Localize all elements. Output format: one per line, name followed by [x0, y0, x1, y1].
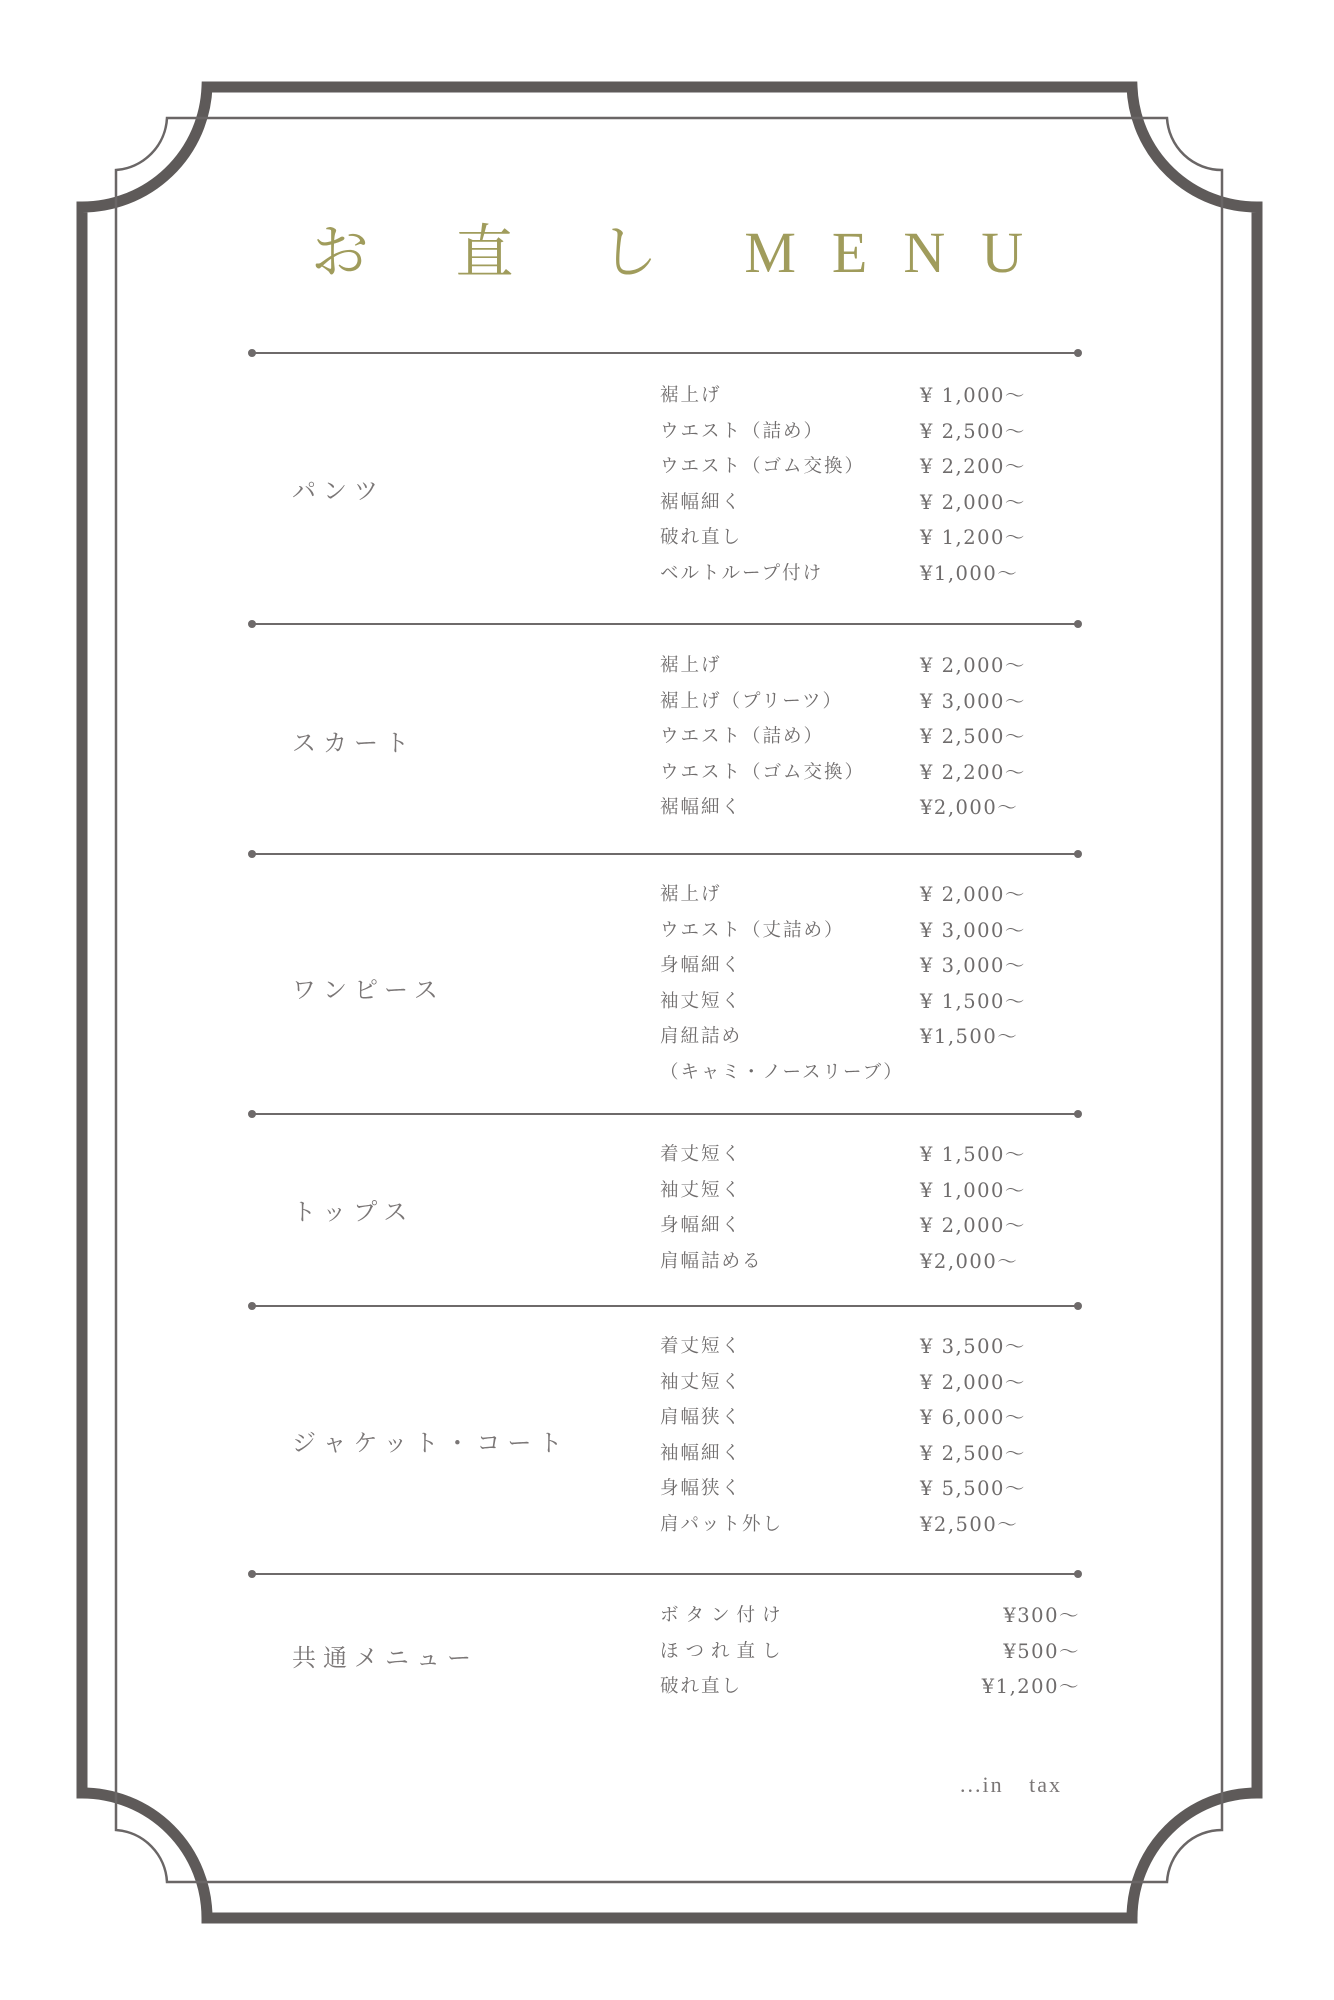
list-item: 肩幅詰める¥2,000～	[660, 1244, 1080, 1280]
item-name: 裾上げ	[660, 378, 722, 414]
item-price: ¥1,000～	[920, 556, 1080, 592]
list-item: 着丈短く¥ 3,500～	[660, 1329, 1080, 1365]
item-price: ¥ 2,500～	[920, 719, 1080, 755]
item-price: ¥ 2,200～	[920, 449, 1080, 485]
item-price: ¥ 1,500～	[920, 984, 1080, 1020]
item-price: ¥ 5,500～	[920, 1471, 1080, 1507]
list-item: ほつれ直し¥500～	[660, 1634, 1080, 1670]
list-item: ウエスト（詰め）¥ 2,500～	[660, 719, 1080, 755]
list-item: 肩幅狭く¥ 6,000～	[660, 1400, 1080, 1436]
item-price: ¥ 3,000～	[920, 948, 1080, 984]
page-title: お 直 し MENU	[0, 210, 1334, 296]
list-item: 裾上げ¥ 2,000～	[660, 648, 1080, 684]
list-item: ボタン付け¥300～	[660, 1598, 1080, 1634]
item-name: 破れ直し	[660, 520, 742, 556]
item-price: ¥ 2,000～	[920, 1365, 1080, 1401]
item-name: ウエスト（丈詰め）	[660, 913, 845, 949]
item-price: ¥ 2,000～	[920, 485, 1080, 521]
list-item: 裾上げ（プリーツ）¥ 3,000～	[660, 684, 1080, 720]
item-list: 着丈短く¥ 1,500～ 袖丈短く¥ 1,000～ 身幅細く¥ 2,000～ 肩…	[660, 1137, 1080, 1279]
item-name: 袖丈短く	[660, 1365, 742, 1401]
item-price: ¥2,000～	[920, 790, 1080, 826]
item-name: ウエスト（ゴム交換）	[660, 449, 865, 485]
item-name: 裾幅細く	[660, 485, 742, 521]
list-item: 裾上げ¥ 2,000～	[660, 877, 1080, 913]
item-price: ¥ 6,000～	[920, 1400, 1080, 1436]
item-price: ¥ 1,000～	[920, 378, 1080, 414]
item-name: 破れ直し	[660, 1669, 742, 1705]
item-name: ウエスト（詰め）	[660, 414, 824, 450]
list-item: 袖丈短く¥ 1,000～	[660, 1173, 1080, 1209]
list-item: 破れ直し¥ 1,200～	[660, 520, 1080, 556]
item-price: ¥ 1,200～	[920, 520, 1080, 556]
item-price: ¥ 3,000～	[920, 684, 1080, 720]
item-price: ¥ 1,000～	[920, 1173, 1080, 1209]
item-name: 裾幅細く	[660, 790, 742, 826]
list-item: 着丈短く¥ 1,500～	[660, 1137, 1080, 1173]
item-list: ボタン付け¥300～ ほつれ直し¥500～ 破れ直し¥1,200～	[660, 1598, 1080, 1705]
list-item: 身幅細く¥ 3,000～	[660, 948, 1080, 984]
category-label: ジャケット・コート	[292, 1423, 569, 1458]
list-item: 肩パット外し¥2,500～	[660, 1507, 1080, 1543]
item-name: 裾上げ（プリーツ）	[660, 684, 843, 720]
tax-note: ...in tax	[960, 1772, 1062, 1798]
item-price: ¥ 2,000～	[920, 877, 1080, 913]
category-label: トップス	[292, 1192, 414, 1227]
item-list: 着丈短く¥ 3,500～ 袖丈短く¥ 2,000～ 肩幅狭く¥ 6,000～ 袖…	[660, 1329, 1080, 1543]
item-price: ¥ 2,000～	[920, 648, 1080, 684]
list-item: ウエスト（詰め）¥ 2,500～	[660, 414, 1080, 450]
item-name: 袖幅細く	[660, 1436, 742, 1472]
item-list: 裾上げ¥ 1,000～ ウエスト（詰め）¥ 2,500～ ウエスト（ゴム交換）¥…	[660, 378, 1080, 592]
item-price: ¥ 2,500～	[920, 1436, 1080, 1472]
item-name: 袖丈短く	[660, 984, 742, 1020]
divider	[252, 1113, 1078, 1115]
item-price: ¥2,000～	[920, 1244, 1080, 1280]
item-name: （キャミ・ノースリーブ）	[660, 1055, 904, 1091]
list-item: 袖丈短く¥ 2,000～	[660, 1365, 1080, 1401]
category-label: スカート	[292, 723, 416, 758]
list-item: ウエスト（ゴム交換）¥ 2,200～	[660, 755, 1080, 791]
divider	[252, 1573, 1078, 1575]
item-name: 肩幅詰める	[660, 1244, 763, 1280]
item-price: ¥ 1,500～	[920, 1137, 1080, 1173]
list-item: ベルトループ付け¥1,000～	[660, 556, 1080, 592]
list-item-note: （キャミ・ノースリーブ）	[660, 1055, 1080, 1091]
item-name: 裾上げ	[660, 877, 722, 913]
list-item: 袖丈短く¥ 1,500～	[660, 984, 1080, 1020]
list-item: 袖幅細く¥ 2,500～	[660, 1436, 1080, 1472]
item-name: 身幅狭く	[660, 1471, 742, 1507]
item-price: ¥500～	[920, 1634, 1080, 1670]
item-price: ¥ 2,000～	[920, 1208, 1080, 1244]
item-name: 裾上げ	[660, 648, 722, 684]
item-price: ¥ 2,500～	[920, 414, 1080, 450]
item-name: ボタン付け	[660, 1598, 788, 1634]
item-price: ¥2,500～	[920, 1507, 1080, 1543]
item-name: 袖丈短く	[660, 1173, 742, 1209]
item-name: 身幅細く	[660, 948, 742, 984]
item-name: ウエスト（詰め）	[660, 719, 824, 755]
item-list: 裾上げ¥ 2,000～ ウエスト（丈詰め）¥ 3,000～ 身幅細く¥ 3,00…	[660, 877, 1080, 1091]
list-item: 裾幅細く¥2,000～	[660, 790, 1080, 826]
item-price: ¥1,500～	[920, 1019, 1080, 1055]
item-price: ¥ 3,000～	[920, 913, 1080, 949]
list-item: 裾幅細く¥ 2,000～	[660, 485, 1080, 521]
divider	[252, 352, 1078, 354]
item-name: 肩幅狭く	[660, 1400, 742, 1436]
item-name: ウエスト（ゴム交換）	[660, 755, 865, 791]
category-label: パンツ	[292, 471, 385, 506]
category-label: ワンピース	[292, 970, 445, 1005]
item-name: 着丈短く	[660, 1137, 742, 1173]
item-price: ¥1,200～	[920, 1669, 1080, 1705]
divider	[252, 623, 1078, 625]
divider	[252, 853, 1078, 855]
item-name: 着丈短く	[660, 1329, 742, 1365]
list-item: 肩紐詰め¥1,500～	[660, 1019, 1080, 1055]
item-name: 肩紐詰め	[660, 1019, 742, 1055]
list-item: 破れ直し¥1,200～	[660, 1669, 1080, 1705]
item-price: ¥ 2,200～	[920, 755, 1080, 791]
item-price: ¥300～	[920, 1598, 1080, 1634]
item-name: ベルトループ付け	[660, 556, 823, 592]
item-name: 肩パット外し	[660, 1507, 783, 1543]
divider	[252, 1305, 1078, 1307]
item-name: ほつれ直し	[660, 1634, 788, 1670]
list-item: 身幅細く¥ 2,000～	[660, 1208, 1080, 1244]
list-item: 裾上げ¥ 1,000～	[660, 378, 1080, 414]
list-item: ウエスト（ゴム交換）¥ 2,200～	[660, 449, 1080, 485]
list-item: 身幅狭く¥ 5,500～	[660, 1471, 1080, 1507]
item-price: ¥ 3,500～	[920, 1329, 1080, 1365]
item-list: 裾上げ¥ 2,000～ 裾上げ（プリーツ）¥ 3,000～ ウエスト（詰め）¥ …	[660, 648, 1080, 826]
list-item: ウエスト（丈詰め）¥ 3,000～	[660, 913, 1080, 949]
item-name: 身幅細く	[660, 1208, 742, 1244]
category-label: 共通メニュー	[292, 1638, 478, 1673]
